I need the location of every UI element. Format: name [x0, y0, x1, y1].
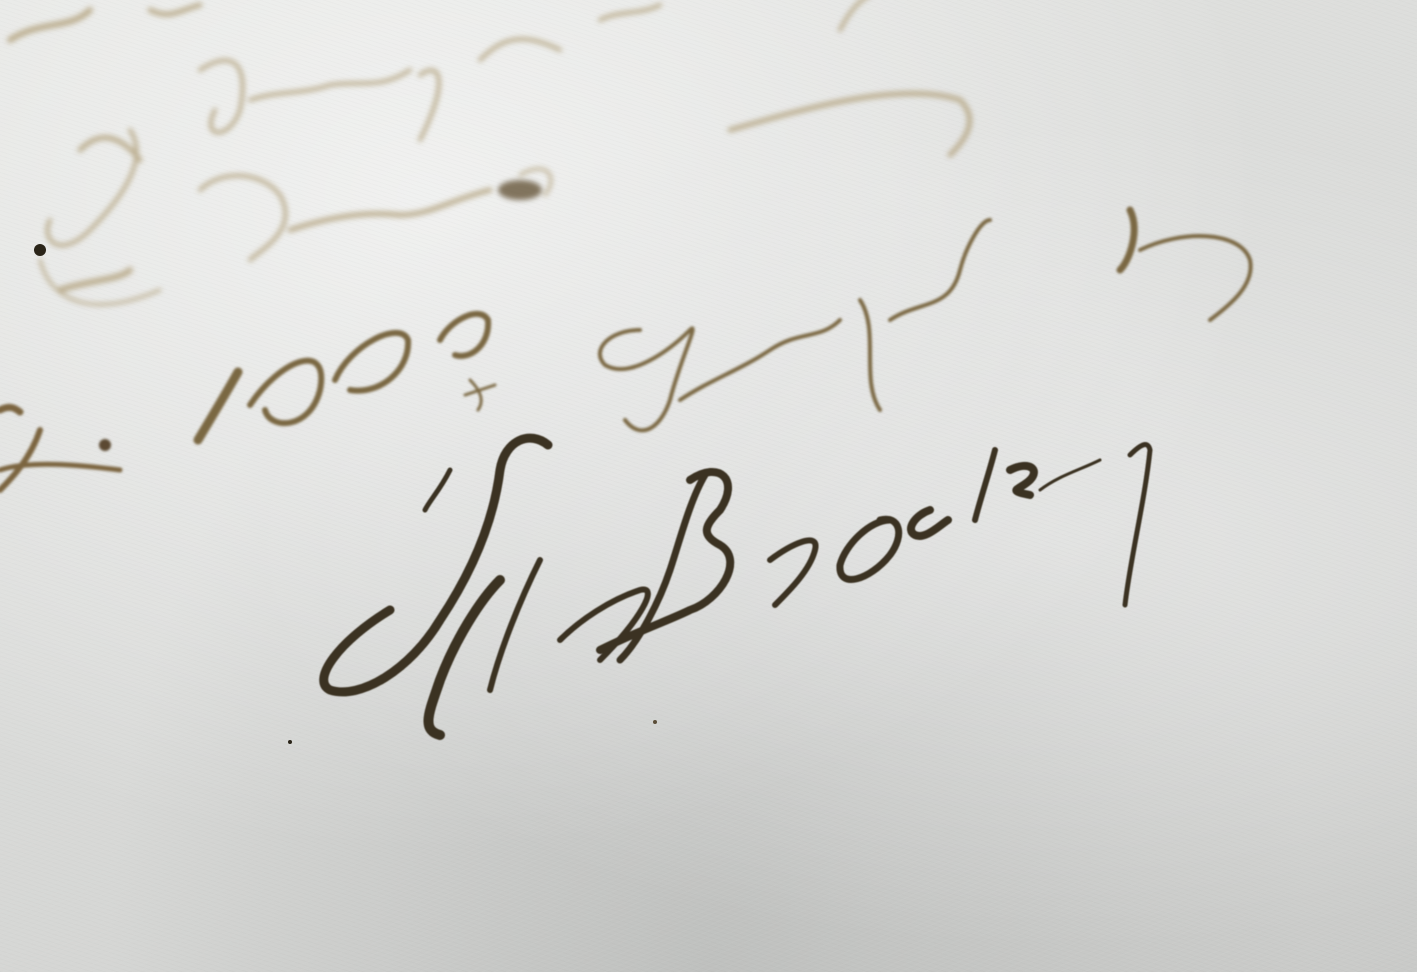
left-edge-fragment [0, 407, 120, 490]
line-1000-dreijzh [198, 210, 1251, 440]
ink-speck [288, 740, 292, 744]
signature-j-brock [324, 438, 1150, 735]
ink-dot [34, 244, 46, 256]
ink-speck [653, 720, 657, 724]
handwriting-ink [0, 0, 1417, 972]
faded-line-top [10, 0, 970, 304]
